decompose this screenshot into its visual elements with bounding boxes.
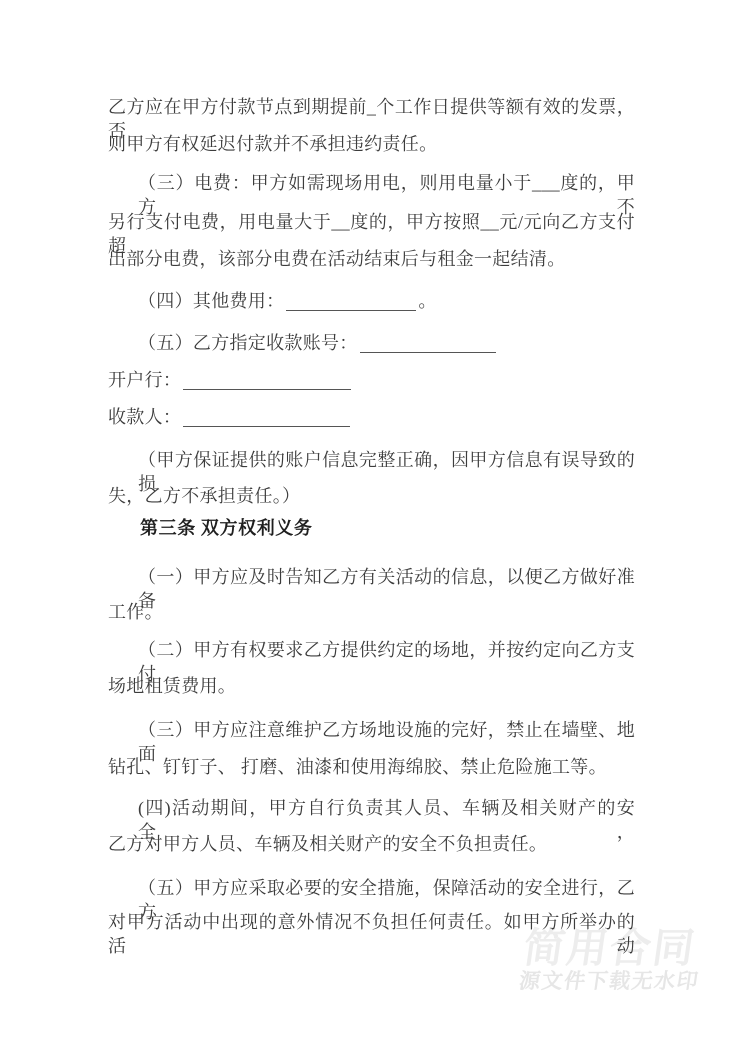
contract-line: 乙方对甲方人员、车辆及相关财产的安全不负担责任。 (108, 832, 635, 856)
contract-line: 场地租赁费用。 (108, 674, 635, 698)
contract-line: 对甲方活动中出现的意外情况不负担任何责任。如甲方所举办的活动 (108, 910, 635, 958)
contract-line: 失，乙方不承担责任。） (108, 484, 635, 508)
line-text: （四）其他费用： (138, 291, 284, 311)
contract-line: 开户行： (108, 368, 635, 392)
document-page: 简用合同 源文件下载无水印 乙方应在甲方付款节点到期提前_个工作日提供等额有效的… (0, 0, 742, 1049)
contract-line: （五）乙方指定收款账号： (108, 331, 635, 355)
contract-line: 工作。 (108, 600, 635, 624)
blank-underline (286, 292, 416, 311)
blank-underline (183, 408, 350, 427)
blank-underline (360, 334, 496, 353)
blank-underline (183, 371, 351, 390)
section-heading: 第三条 双方权利义务 (140, 516, 635, 540)
contract-line: 出部分电费，该部分电费在活动结束后与租金一起结清。 (108, 247, 635, 271)
contract-line: 钻孔、钉钉子、 打磨、油漆和使用海绵胶、禁止危险施工等。 (108, 755, 635, 779)
line-text: 收款人： (108, 407, 181, 427)
line-text: （五）乙方指定收款账号： (138, 333, 358, 353)
contract-line: （四）其他费用：。 (108, 289, 635, 313)
contract-line: 则甲方有权延迟付款并不承担违约责任。 (108, 132, 635, 156)
contract-line: 收款人： (108, 405, 635, 429)
line-text: 开户行： (108, 370, 181, 390)
line-text: 。 (418, 291, 436, 311)
contract-body: 乙方应在甲方付款节点到期提前_个工作日提供等额有效的发票，否则甲方有权延迟付款并… (0, 0, 742, 1049)
